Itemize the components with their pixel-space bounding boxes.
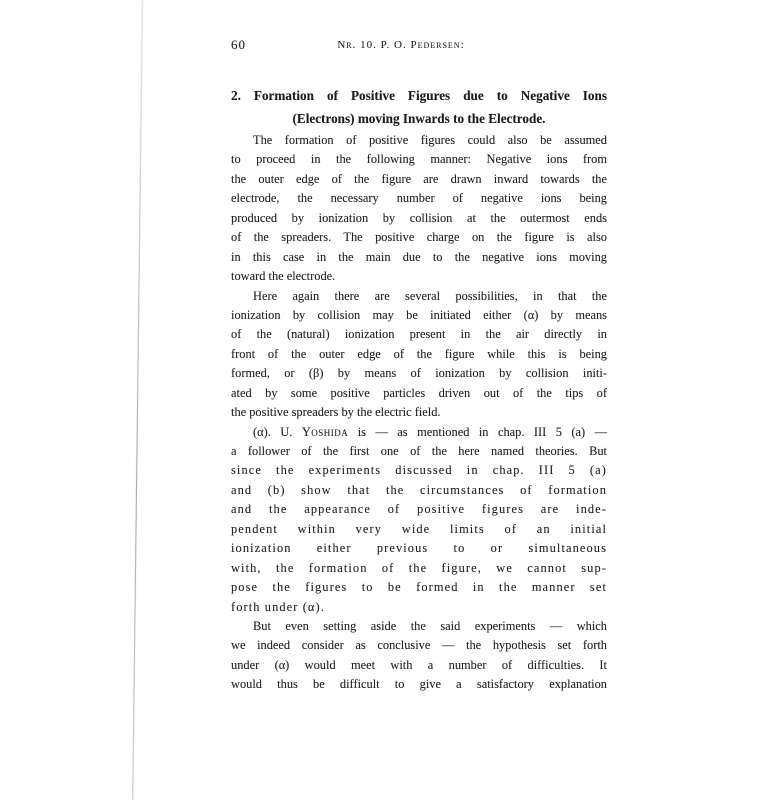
section-heading-line-2: (Electrons) moving Inwards to the Electr…	[231, 108, 607, 131]
text-line: toward the electrode.	[231, 267, 607, 286]
text-line: Here again there are several possibiliti…	[231, 287, 607, 306]
text-line: ated by some positive particles driven o…	[231, 384, 607, 403]
text-line: would thus be difficult to give a satisf…	[231, 675, 607, 694]
section-heading: 2. Formation of Positive Figures due to …	[231, 85, 607, 130]
text-line: and the appearance of positive figures a…	[231, 500, 607, 519]
text-line: the positive spreaders by the electric f…	[231, 403, 607, 422]
text-line: we indeed consider as conclusive — the h…	[231, 636, 607, 655]
text-line: ionization either previous to or simulta…	[231, 539, 607, 558]
text-line: The formation of positive figures could …	[231, 131, 607, 150]
text-line: to proceed in the following manner: Nega…	[231, 150, 607, 169]
text-line: with, the formation of the figure, we ca…	[231, 559, 607, 578]
text-line: pose the figures to be formed in the man…	[231, 578, 607, 597]
body-text: The formation of positive figures could …	[231, 131, 607, 695]
text-line: (α). U. Yoshida is — as mentioned in cha…	[231, 423, 607, 442]
text-line: forth under (α).	[231, 598, 607, 617]
smallcaps-name: Yoshida	[302, 425, 348, 439]
paragraph: The formation of positive figures could …	[231, 131, 607, 287]
text-line: the outer edge of the figure are drawn i…	[231, 170, 607, 189]
paragraph: Here again there are several possibiliti…	[231, 287, 607, 423]
text-line: since the experiments discussed in chap.…	[231, 461, 607, 480]
scanned-page: 60 Nr. 10. P. O. Pedersen: 2. Formation …	[0, 0, 773, 800]
section-heading-line-1: 2. Formation of Positive Figures due to …	[231, 85, 607, 108]
text-line: formed, or (β) by means of ionization by…	[231, 364, 607, 383]
running-header: Nr. 10. P. O. Pedersen:	[231, 39, 571, 51]
text-line: in this case in the main due to the nega…	[231, 248, 607, 267]
text-line: ionization by collision may be initiated…	[231, 306, 607, 325]
text-line: But even setting aside the said experime…	[231, 617, 607, 636]
text-line: a follower of the first one of the here …	[231, 442, 607, 461]
text-line: pendent within very wide limits of an in…	[231, 520, 607, 539]
text-line: produced by ionization by collision at t…	[231, 209, 607, 228]
text-line: of the (natural) ionization present in t…	[231, 325, 607, 344]
text-line: and (b) show that the circumstances of f…	[231, 481, 607, 500]
text-line: front of the outer edge of the figure wh…	[231, 345, 607, 364]
paragraph: (α). U. Yoshida is — as mentioned in cha…	[231, 423, 607, 617]
text-line: electrode, the necessary number of negat…	[231, 189, 607, 208]
text-line: under (α) would meet with a number of di…	[231, 656, 607, 675]
scan-fold-line	[132, 0, 143, 800]
text-line: of the spreaders. The positive charge on…	[231, 228, 607, 247]
paragraph: But even setting aside the said experime…	[231, 617, 607, 695]
